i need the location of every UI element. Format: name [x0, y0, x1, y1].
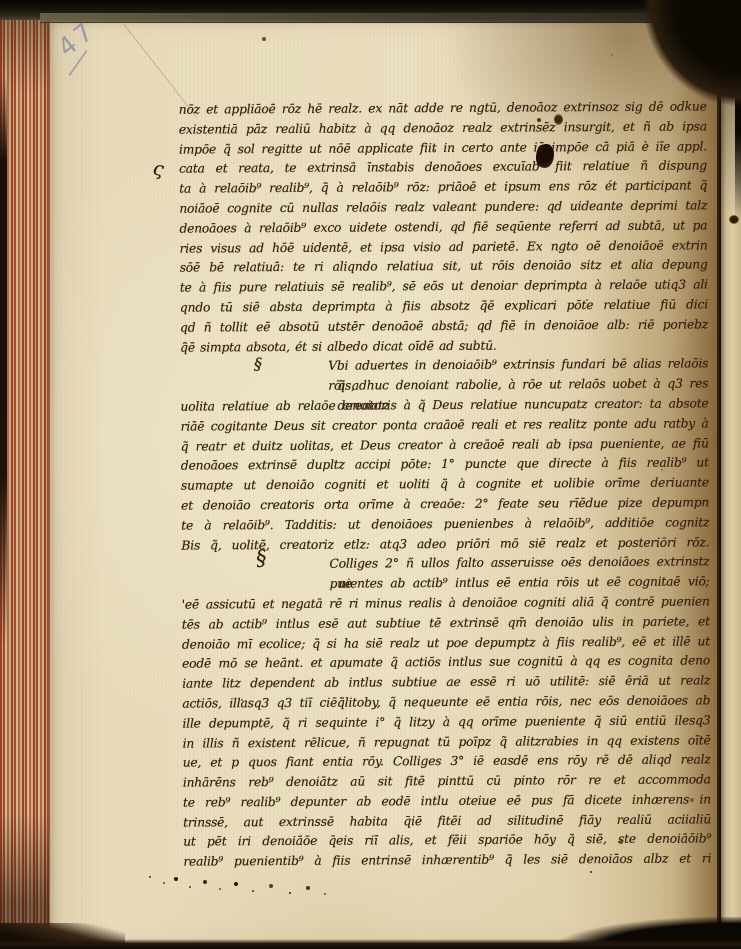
manuscript-line: realib⁹ puenientib⁹ à fiis entrinsē inhæ…	[183, 850, 711, 873]
marginal-paragraph-mark: ς	[152, 157, 166, 180]
manuscript-line: qd ñ tollit eē absotū utstēr denoāoē abs…	[180, 315, 708, 338]
manuscript-line: riāē cogitante Deus sit creator ponta cr…	[181, 414, 709, 437]
manuscript-line: q̃ adhuc denoiant rabolie, à rōe ut rela…	[337, 375, 708, 397]
manuscript-line: denoāoes à relaōib⁹ exco uidete ostendi,…	[179, 216, 707, 239]
page-top-shadow	[40, 13, 712, 23]
manuscript-line: tēs ab actib⁹ intlus esē aut subtiue tē …	[182, 612, 710, 635]
manuscript-line: ille depumptē, q̃ ri sequinte i° q̃ litz…	[182, 711, 710, 734]
photo-left-edge	[0, 75, 7, 645]
manuscript-photo: 47 nōz et appliāoē rōz hē realz. ex nāt …	[0, 0, 741, 949]
photo-top-right-corner	[643, 0, 741, 112]
manuscript-line: te à relaōib⁹. Tadditis: ut denoiāoes pu…	[181, 513, 709, 536]
manuscript-page: 47 nōz et appliāoē rōz hē realz. ex nāt …	[49, 18, 718, 949]
manuscript-line: Vbi aduertes in denoiaōib⁹ extrinsis fun…	[328, 355, 708, 377]
ink-speckles	[149, 876, 151, 878]
manuscript-line: Colliges 2° ñ ullos falto asseruisse oēs…	[329, 553, 709, 575]
book-foreedge	[0, 20, 50, 941]
manuscript-line: nientes ab actib⁹ intlus eē entia rōis u…	[339, 573, 710, 595]
manuscript-line: actiōs, illasq3 q3 tiī ciēq̃litoby, q̃ n…	[182, 691, 710, 714]
photo-bottom-edge	[0, 939, 741, 949]
manuscript-line: te reb⁹ realib⁹ depunter ab eodē intlu o…	[183, 790, 711, 813]
ink-blot-small	[554, 114, 563, 125]
section-mark-2: §	[255, 546, 268, 571]
section-mark-1: §	[254, 354, 262, 373]
manuscript-line: existentiā pāz realiū habitz à qq denoāo…	[179, 117, 707, 140]
text-block: nōz et appliāoē rōz hē realz. ex nāt add…	[179, 97, 712, 872]
